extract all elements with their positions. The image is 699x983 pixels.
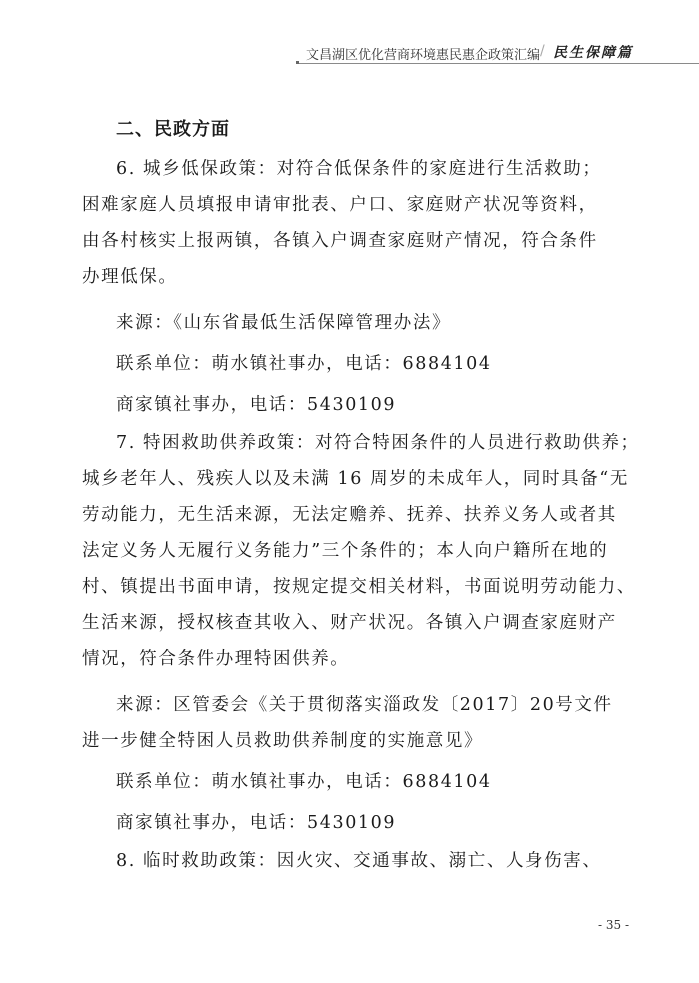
contact-line: 商家镇社事办，电话：5430109: [116, 811, 396, 835]
paragraph-line: 办理低保。: [82, 265, 178, 289]
paragraph-line: 情况，符合条件办理特困供养。: [82, 647, 349, 671]
book-title: 文昌湖区优化营商环境惠民惠企政策汇编: [306, 44, 540, 63]
source-line: 进一步健全特困人员救助供养制度的实施意见》: [82, 729, 483, 753]
paragraph-line: 6. 城乡低保政策：对符合低保条件的家庭进行生活救助；: [116, 157, 601, 181]
paragraph-line: 城乡老年人、残疾人以及未满 16 周岁的未成年人，同时具备“无: [82, 467, 629, 491]
paragraph-line: 生活来源，授权核查其收入、财产状况。各镇入户调查家庭财产: [82, 611, 617, 635]
paragraph-line: 7. 特困救助供养政策：对符合特困条件的人员进行救助供养；: [116, 431, 640, 455]
paragraph-line: 法定义务人无履行义务能力”三个条件的；本人向户籍所在地的: [82, 539, 608, 563]
contact-line: 商家镇社事办，电话：5430109: [116, 393, 396, 417]
paragraph-line: 8. 临时救助政策：因火灾、交通事故、溺亡、人身伤害、: [116, 849, 601, 873]
paragraph-line: 困难家庭人员填报申请审批表、户口、家庭财产状况等资料，: [82, 193, 598, 217]
paragraph-line: 由各村核实上报两镇，各镇入户调查家庭财产情况，符合条件: [82, 229, 598, 253]
page-number: - 35 -: [598, 918, 629, 932]
contact-line: 联系单位：萌水镇社事办，电话：6884104: [116, 352, 492, 376]
source-line: 来源：《山东省最低生活保障管理办法》: [116, 311, 451, 335]
header-rule-marker: [296, 61, 299, 64]
paragraph-line: 村、镇提出书面申请，按规定提交相关材料，书面说明劳动能力、: [82, 575, 636, 599]
paragraph-line: 劳动能力，无生活来源，无法定赡养、抚养、扶养义务人或者其: [82, 503, 617, 527]
contact-line: 联系单位：萌水镇社事办，电话：6884104: [116, 770, 492, 794]
section-heading: 二、民政方面: [116, 118, 230, 142]
header-rule: [297, 63, 699, 64]
running-header: 文昌湖区优化营商环境惠民惠企政策汇编 / 民生保障篇: [297, 42, 699, 64]
section-title: 民生保障篇: [553, 42, 633, 62]
header-separator: /: [540, 43, 545, 59]
source-line: 来源：区管委会《关于贯彻落实淄政发〔2017〕20号文件: [116, 693, 613, 717]
